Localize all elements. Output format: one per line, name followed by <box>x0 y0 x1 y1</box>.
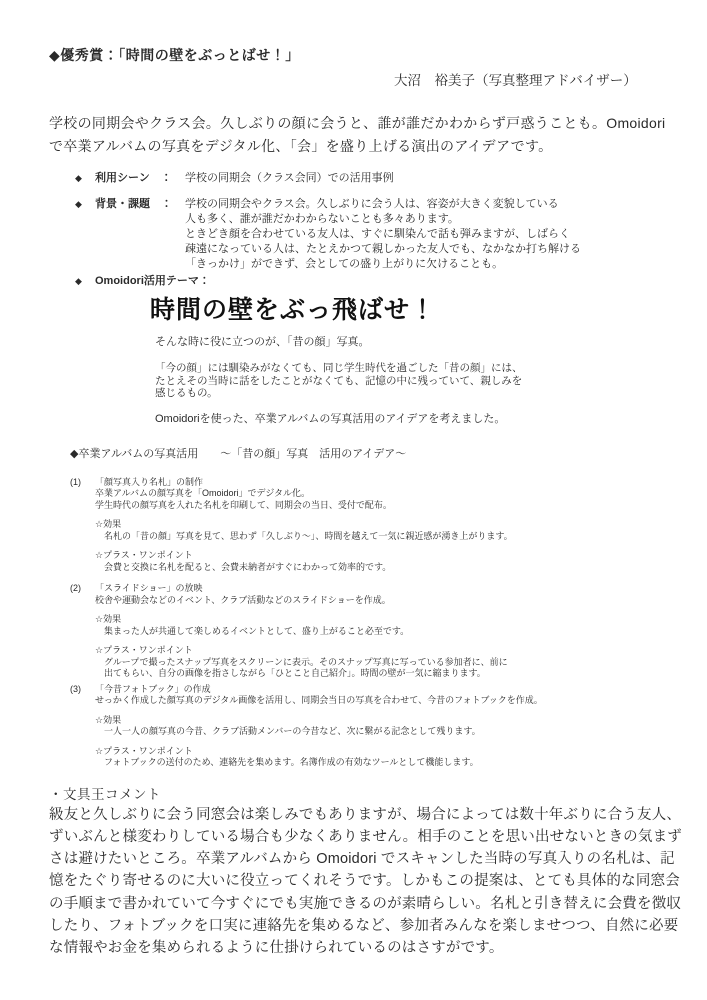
comment-title: ・文具王コメント <box>49 786 667 803</box>
idea-title: 「スライドショー」の放映 <box>95 583 203 595</box>
diamond-bullet-icon: ◆ <box>75 197 95 272</box>
overview-section: ◆ 利用シーン ： 学校の同期会（クラス会同）での活用事例 ◆ 背景・課題 ： … <box>75 171 667 289</box>
idea-item-1: (1) 「顔写真入り名札」の制作 卒業アルバムの顔写真を「Omoidori」でデ… <box>70 477 667 574</box>
idea-body: せっかく作成した顔写真のデジタル画像を活用し、同期会当日の写真を合わせて、今昔の… <box>95 695 667 769</box>
idea-body: 校舎や運動会などのイベント、クラブ活動などのスライドショーを作成。 ☆効果 集ま… <box>95 595 667 680</box>
author-name: 大沼 裕美子（写真整理アドバイザー） <box>394 72 667 89</box>
text-line: 一人一人の顔写真の今昔、クラブ活動メンバーの今昔など、次に繋がる記念として残りま… <box>104 726 667 738</box>
text-line: 学校の同期会やクラス会。久しぶりに会う人は、容姿が大きく変貌している <box>185 197 581 212</box>
text-line: 卒業アルバムの顔写真を「Omoidori」でデジタル化。 <box>95 488 667 500</box>
theme-paragraph: 「今の顔」には馴染みがなくても、同じ学生時代を過ごした「昔の顔」には、たとえその… <box>155 362 667 400</box>
text-line: 級友と久しぶりに会う同窓会は楽しみでもありますが、場合によっては数十年ぶりに合う… <box>49 804 667 826</box>
usage-scene-row: ◆ 利用シーン ： 学校の同期会（クラス会同）での活用事例 <box>75 171 667 186</box>
idea-item-2: (2) 「スライドショー」の放映 校舎や運動会などのイベント、クラブ活動などのス… <box>70 583 667 680</box>
text-line: で卒業アルバムの写真をデジタル化、「会」を盛り上げる演出のアイデアです。 <box>49 135 667 158</box>
text-line: たとえその当時に話をしたことがなくても、記憶の中に残っていて、親しみを <box>155 375 667 388</box>
text-line: 学生時代の顔写真を入れた名札を印刷して、同期会の当日、受付で配布。 <box>95 500 667 512</box>
idea-number: (3) <box>70 684 95 696</box>
idea-title-row: (1) 「顔写真入り名札」の制作 <box>70 477 667 489</box>
idea-title-row: (2) 「スライドショー」の放映 <box>70 583 667 595</box>
text-line: 校舎や運動会などのイベント、クラブ活動などのスライドショーを作成。 <box>95 595 667 607</box>
text-line: 名札の「昔の顔」写真を見て、思わず「久しぶり～」、時間を越えて一気に親近感が湧き… <box>104 531 667 543</box>
usage-scene-text: 学校の同期会（クラス会同）での活用事例 <box>185 171 394 186</box>
text-line: グループで撮ったスナップ写真をスクリーンに表示。そのスナップ写真に写っている参加… <box>104 657 667 669</box>
background-issue-label: 背景・課題 ： <box>95 197 185 272</box>
effect-text: 一人一人の顔写真の今昔、クラブ活動メンバーの今昔など、次に繋がる記念として残りま… <box>104 726 667 738</box>
diamond-bullet-icon: ◆ <box>75 171 95 186</box>
award-title: ◆優秀賞：「時間の壁をぶっとばせ！」 <box>49 47 667 64</box>
text-line: 憶をたぐり寄せるのに大いに役立ってくれそうです。しかもこの提案は、とても具体的な… <box>49 870 667 892</box>
idea-description: 校舎や運動会などのイベント、クラブ活動などのスライドショーを作成。 <box>95 595 667 607</box>
text-line: ずいぶんと様変わりしている場合も少なくありません。相手のことを思い出せないときの… <box>49 826 667 848</box>
text-line: 集まった人が共通して楽しめるイベントとして、盛り上がること必至です。 <box>104 626 667 638</box>
theme-row: ◆ Omoidori活用テーマ： <box>75 274 667 289</box>
theme-label: Omoidori活用テーマ： <box>95 274 210 289</box>
effect-label: ☆効果 <box>95 715 667 727</box>
comment-paragraph: 級友と久しぶりに会う同窓会は楽しみでもありますが、場合によっては数十年ぶりに合う… <box>49 804 667 960</box>
effect-text: 名札の「昔の顔」写真を見て、思わず「久しぶり～」、時間を越えて一気に親近感が湧き… <box>104 531 667 543</box>
text-line: 「今の顔」には馴染みがなくても、同じ学生時代を過ごした「昔の顔」には、 <box>155 362 667 375</box>
idea-body: 卒業アルバムの顔写真を「Omoidori」でデジタル化。学生時代の顔写真を入れた… <box>95 488 667 573</box>
plus-one-point-label: ☆プラス・ワンポイント <box>95 550 667 562</box>
text-line: の手順まで書かれていて今すぐにでも実施できるのが素晴らしい。名札と引き替えに会費… <box>49 893 667 915</box>
text-line: 会費と交換に名札を配ると、会費未納者がすぐにわかって効率的です。 <box>104 562 667 574</box>
usage-scene-label: 利用シーン ： <box>95 171 185 186</box>
idea-title-row: (3) 「今昔フォトブック」の作成 <box>70 684 667 696</box>
text-line: 学校の同期会やクラス会。久しぶりの顔に会うと、誰が誰だかわからず戸惑うことも。O… <box>49 112 667 135</box>
text-line: 出てもらい、自分の画像を指さしながら「ひとこと自己紹介」。時間の壁が一気に縮まり… <box>104 668 667 680</box>
effect-label: ☆効果 <box>95 614 667 626</box>
plus-one-point-label: ☆プラス・ワンポイント <box>95 645 667 657</box>
theme-lead: そんな時に役に立つのが、「昔の顔」写真。 <box>155 336 667 349</box>
text-line: 人も多く、誰が誰だかわからないことも多々あります。 <box>185 212 581 227</box>
effect-text: 集まった人が共通して楽しめるイベントとして、盛り上がること必至です。 <box>104 626 667 638</box>
diamond-bullet-icon: ◆ <box>75 274 95 289</box>
text-line: フォトブックの送付のため、連絡先を集めます。名簿作成の有効なツールとして機能しま… <box>104 757 667 769</box>
text-line: な情報やお金を集められるように仕掛けられているのはさすがです。 <box>49 937 667 959</box>
background-issue-text: 学校の同期会やクラス会。久しぶりに会う人は、容姿が大きく変貌している人も多く、誰… <box>185 197 581 272</box>
text-line: 「きっかけ」ができず、会としての盛り上がりに欠けることも。 <box>185 257 581 272</box>
intro-paragraph: 学校の同期会やクラス会。久しぶりの顔に会うと、誰が誰だかわからず戸惑うことも。O… <box>49 112 667 158</box>
plus-one-point-text: グループで撮ったスナップ写真をスクリーンに表示。そのスナップ写真に写っている参加… <box>104 657 667 680</box>
effect-label: ☆効果 <box>95 519 667 531</box>
idea-title: 「今昔フォトブック」の作成 <box>95 684 211 696</box>
idea-number: (2) <box>70 583 95 595</box>
ideas-section-title: ◆卒業アルバムの写真活用 ～「昔の顔」写真 活用のアイデア～ <box>70 447 667 461</box>
plus-one-point-label: ☆プラス・ワンポイント <box>95 746 667 758</box>
text-line: 疎遠になっている人は、たとえかつて親しかった友人でも、なかなか打ち解ける <box>185 242 581 257</box>
text-line: さは避けたいところ。卒業アルバムから Omoidori でスキャンした当時の写真… <box>49 848 667 870</box>
text-line: したり、フォトブックを口実に連絡先を集めるなど、参加者みんなを楽しませつつ、自然… <box>49 915 667 937</box>
idea-description: 卒業アルバムの顔写真を「Omoidori」でデジタル化。学生時代の顔写真を入れた… <box>95 488 667 511</box>
idea-number: (1) <box>70 477 95 489</box>
text-line: ときどき顔を合わせている友人は、すぐに馴染んで話も弾みますが、しばらく <box>185 227 581 242</box>
text-line: 感じるもの。 <box>155 387 667 400</box>
plus-one-point-text: フォトブックの送付のため、連絡先を集めます。名簿作成の有効なツールとして機能しま… <box>104 757 667 769</box>
background-issue-row: ◆ 背景・課題 ： 学校の同期会やクラス会。久しぶりに会う人は、容姿が大きく変貌… <box>75 197 667 272</box>
text-line: せっかく作成した顔写真のデジタル画像を活用し、同期会当日の写真を合わせて、今昔の… <box>95 695 667 707</box>
idea-title: 「顔写真入り名札」の制作 <box>95 477 203 489</box>
idea-description: せっかく作成した顔写真のデジタル画像を活用し、同期会当日の写真を合わせて、今昔の… <box>95 695 667 707</box>
theme-closing: Omoidoriを使った、卒業アルバムの写真活用のアイデアを考えました。 <box>155 413 667 426</box>
theme-headline: 時間の壁をぶっ飛ばせ！ <box>150 294 667 327</box>
idea-item-3: (3) 「今昔フォトブック」の作成 せっかく作成した顔写真のデジタル画像を活用し… <box>70 684 667 769</box>
plus-one-point-text: 会費と交換に名札を配ると、会費未納者がすぐにわかって効率的です。 <box>104 562 667 574</box>
document-page: ◆優秀賞：「時間の壁をぶっとばせ！」 大沼 裕美子（写真整理アドバイザー） 学校… <box>0 0 707 1000</box>
